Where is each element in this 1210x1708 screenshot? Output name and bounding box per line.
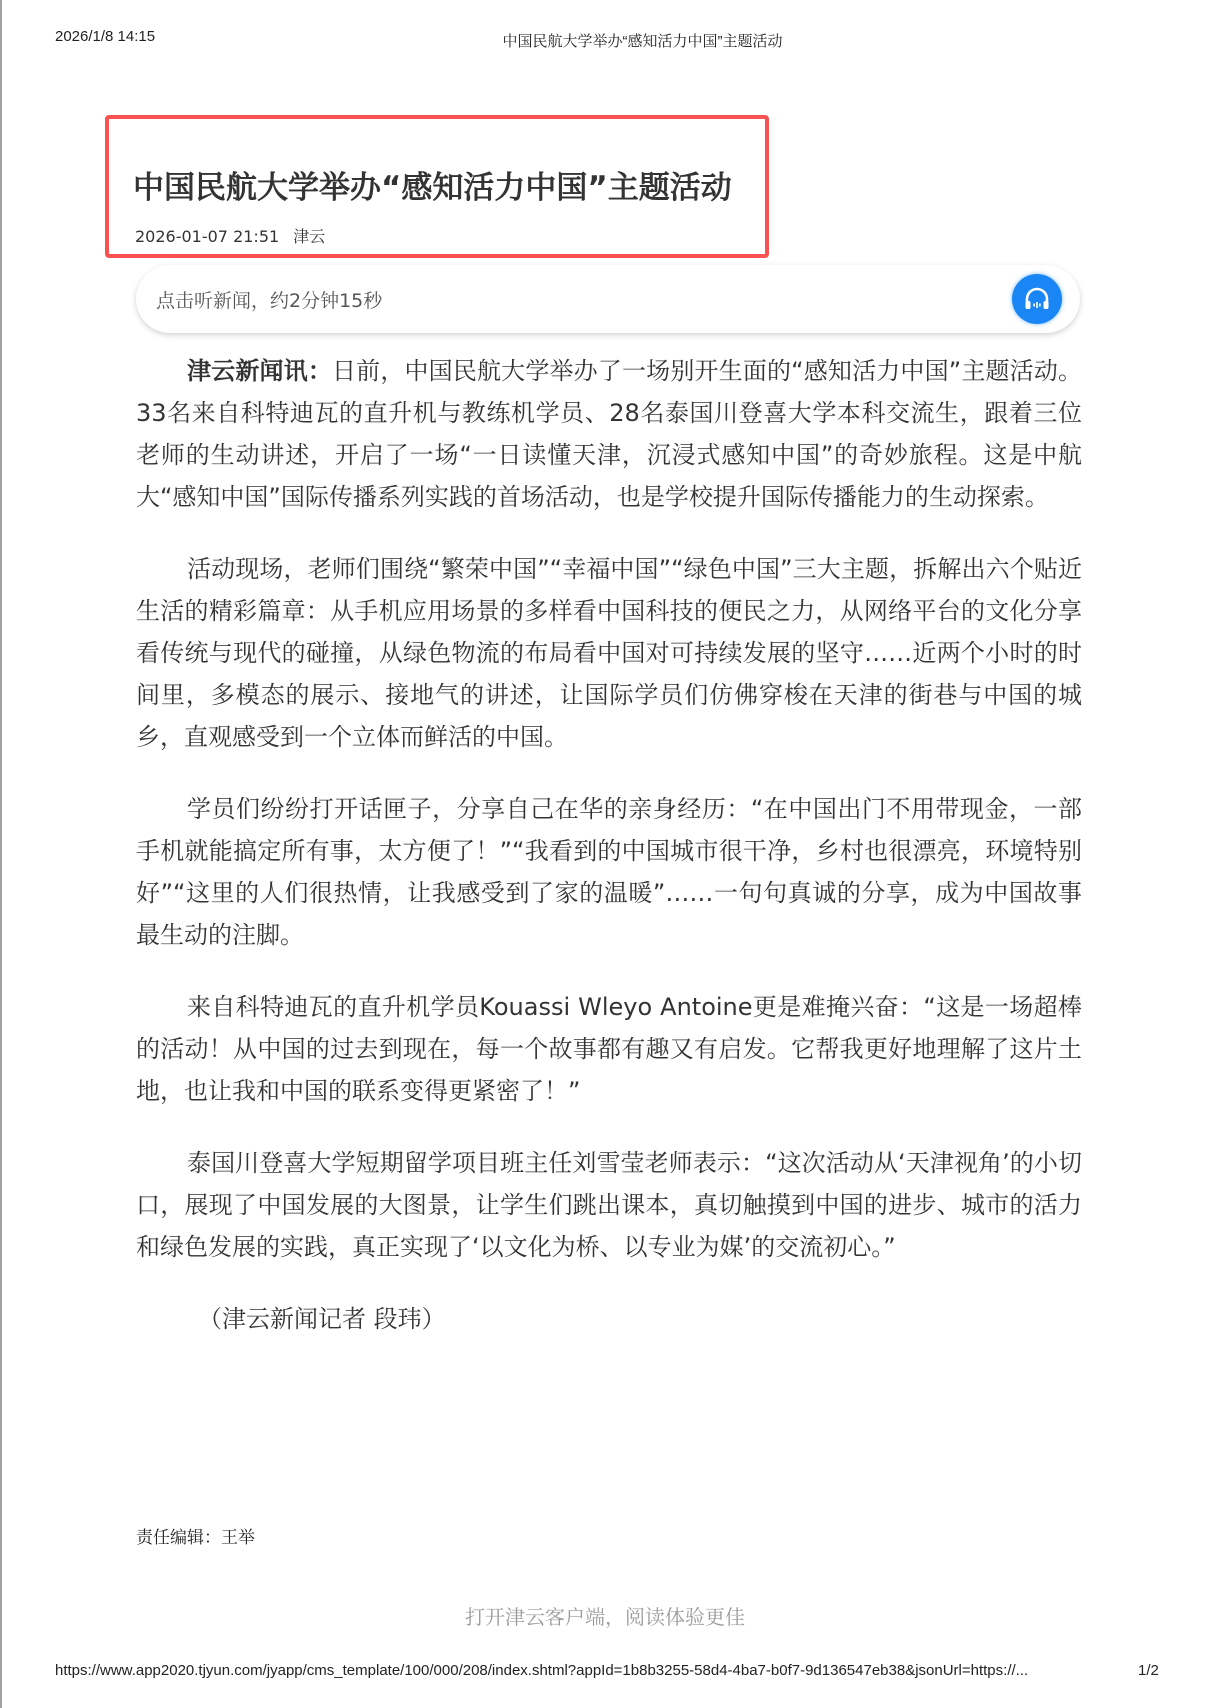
article-meta: 2026-01-07 21:51津云 bbox=[135, 224, 325, 247]
publish-time: 2026-01-07 21:51 bbox=[135, 227, 279, 246]
reporter-byline: （津云新闻记者 段玮） bbox=[136, 1298, 1082, 1340]
play-audio-button[interactable] bbox=[1012, 274, 1062, 324]
news-lead-label: 津云新闻讯： bbox=[187, 357, 332, 385]
paragraph-2: 活动现场，老师们围绕“繁荣中国”“幸福中国”“绿色中国”三大主题，拆解出六个贴近… bbox=[136, 548, 1082, 758]
article-body: 津云新闻讯：日前，中国民航大学举办了一场别开生面的“感知活力中国”主题活动。33… bbox=[136, 350, 1082, 1340]
print-header-title: 中国民航大学举办“感知活力中国”主题活动 bbox=[0, 30, 1210, 51]
open-app-text: 打开津云客户端，阅读体验更佳 bbox=[465, 1601, 745, 1630]
paragraph-5: 泰国川登喜大学短期留学项目班主任刘雪莹老师表示：“这次活动从‘天津视角’的小切口… bbox=[136, 1142, 1082, 1268]
open-app-link[interactable]: 打开津云客户端，阅读体验更佳 bbox=[0, 1601, 1210, 1630]
page-left-edge bbox=[0, 0, 2, 1708]
listen-news-bar[interactable]: 点击听新闻，约2分钟15秒 bbox=[136, 265, 1080, 333]
listen-news-label: 点击听新闻，约2分钟15秒 bbox=[156, 286, 382, 313]
headphones-icon bbox=[1022, 284, 1052, 314]
print-footer-page-number: 1/2 bbox=[1138, 1662, 1159, 1679]
article-title: 中国民航大学举办“感知活力中国”主题活动 bbox=[133, 162, 732, 207]
article-source: 津云 bbox=[293, 227, 325, 246]
paragraph-3: 学员们纷纷打开话匣子，分享自己在华的亲身经历：“在中国出门不用带现金，一部手机就… bbox=[136, 788, 1082, 956]
paragraph-1: 津云新闻讯：日前，中国民航大学举办了一场别开生面的“感知活力中国”主题活动。33… bbox=[136, 350, 1082, 518]
print-footer-url: https://www.app2020.tjyun.com/jyapp/cms_… bbox=[55, 1662, 1028, 1679]
responsible-editor: 责任编辑：王举 bbox=[136, 1523, 255, 1548]
paragraph-4: 来自科特迪瓦的直升机学员Kouassi Wleyo Antoine更是难掩兴奋：… bbox=[136, 986, 1082, 1112]
